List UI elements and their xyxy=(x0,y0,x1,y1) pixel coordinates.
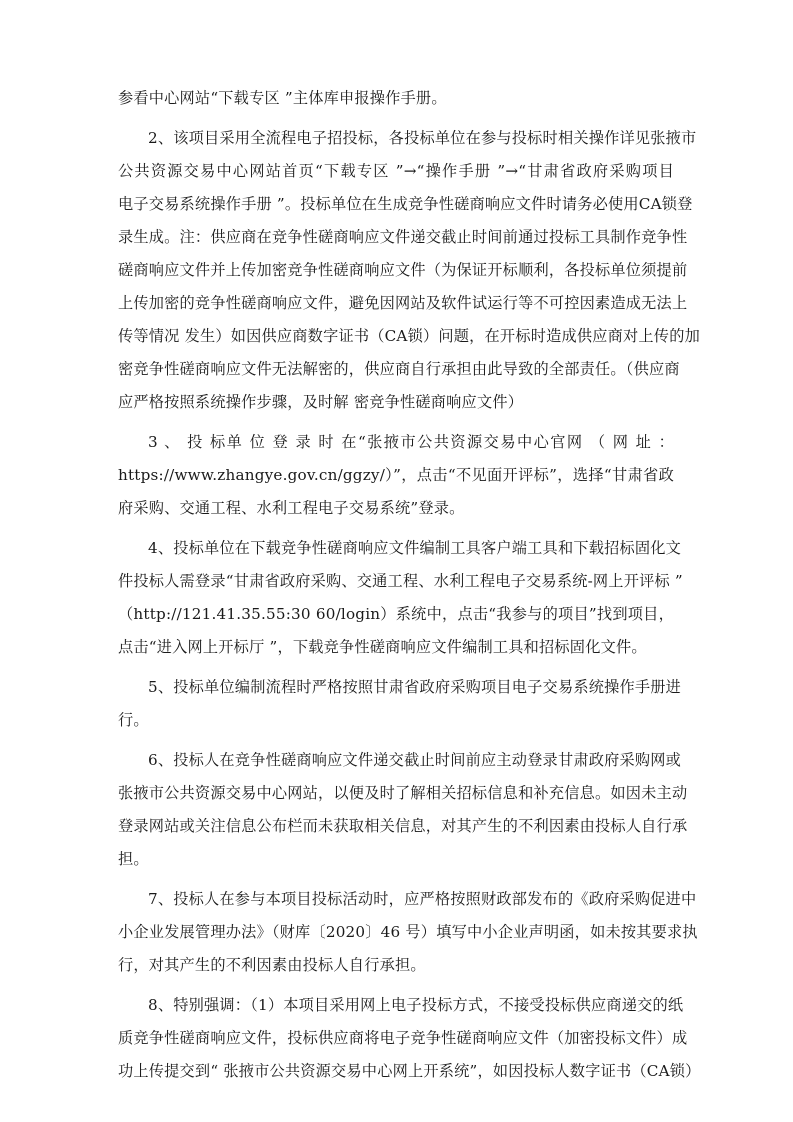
text-line: 登录网站或关注信息公布栏而未获取相关信息，对其产生的不利因素由投标人自行承 xyxy=(118,816,674,836)
text-line: 小企业发展管理办法》（财库〔2020〕46 号）填写中小企业声明函，如未按其要求… xyxy=(118,922,674,942)
text-line: 5、投标单位编制流程时严格按照甘肃省政府采购项目电子交易系统操作手册进 xyxy=(148,677,674,697)
text-line: 3 、 投 标单 位 登 录 时 在“张掖市公共资源交易中心官网 （ 网 址 ： xyxy=(148,432,674,452)
text-line: 4、投标单位在下载竞争性磋商响应文件编制工具客户端工具和下载招标固化文 xyxy=(148,538,674,558)
text-line: 担。 xyxy=(118,849,674,869)
text-line: 公共资源交易中心网站首页“下载专区 ”→“操作手册 ”→“甘肃省政府采购项目 xyxy=(118,161,674,181)
text-line: 6、投标人在竞争性磋商响应文件递交截止时间前应主动登录甘肃政府采购网或 xyxy=(148,750,674,770)
text-line: 参看中心网站“下载专区 ”主体库申报操作手册。 xyxy=(118,88,674,108)
text-line: （http://121.41.35.55:30 60/login）系统中，点击“… xyxy=(118,604,674,624)
text-line: 行。 xyxy=(118,710,674,730)
document-page: 参看中心网站“下载专区 ”主体库申报操作手册。2、该项目采用全流程电子招投标，各… xyxy=(0,0,793,1122)
text-line: 张掖市公共资源交易中心网站，以便及时了解相关招标信息和补充信息。如因未主动 xyxy=(118,783,674,803)
text-line: 电子交易系统操作手册 ”。投标单位在生成竞争性磋商响应文件时请务必使用CA锁登 xyxy=(118,194,674,214)
text-line: 7、投标人在参与本项目投标活动时，应严格按照财政部发布的《政府采购促进中 xyxy=(148,889,674,909)
text-line: 上传加密的竞争性磋商响应文件，避免因网站及软件试运行等不可控因素造成无法上 xyxy=(118,293,674,313)
text-line: 点击“进入网上开标厅 ”，下载竞争性磋商响应文件编制工具和招标固化文件。 xyxy=(118,637,674,657)
text-line: 功上传提交到“ 张掖市公共资源交易中心网上开系统”，如因投标人数字证书（CA锁） xyxy=(118,1061,674,1081)
text-line: 行，对其产生的不利因素由投标人自行承担。 xyxy=(118,955,674,975)
text-line: 2、该项目采用全流程电子招投标，各投标单位在参与投标时相关操作详见张掖市 xyxy=(148,128,674,148)
text-line: 应严格按照系统操作步骤，及时解 密竞争性磋商响应文件） xyxy=(118,392,674,412)
text-line: 质竞争性磋商响应文件，投标供应商将电子竞争性磋商响应文件（加密投标文件）成 xyxy=(118,1028,674,1048)
text-line: https://www.zhangye.gov.cn/ggzy/）”，点击“不见… xyxy=(118,465,674,485)
text-line: 8、特别强调：（1）本项目采用网上电子投标方式，不接受投标供应商递交的纸 xyxy=(148,995,674,1015)
text-line: 磋商响应文件并上传加密竞争性磋商响应文件（为保证开标顺利，各投标单位须提前 xyxy=(118,260,674,280)
text-line: 录生成。注：供应商在竞争性磋商响应文件递交截止时间前通过投标工具制作竞争性 xyxy=(118,227,674,247)
text-line: 密竞争性磋商响应文件无法解密的，供应商自行承担由此导致的全部责任。（供应商 xyxy=(118,359,674,379)
text-line: 传等情况 发生）如因供应商数字证书（CA锁）问题，在开标时造成供应商对上传的加 xyxy=(118,326,674,346)
text-line: 府采购、交通工程、水利工程电子交易系统”登录。 xyxy=(118,498,674,518)
text-line: 件投标人需登录“甘肃省政府采购、交通工程、水利工程电子交易系统-网上开评标 ” xyxy=(118,571,674,591)
